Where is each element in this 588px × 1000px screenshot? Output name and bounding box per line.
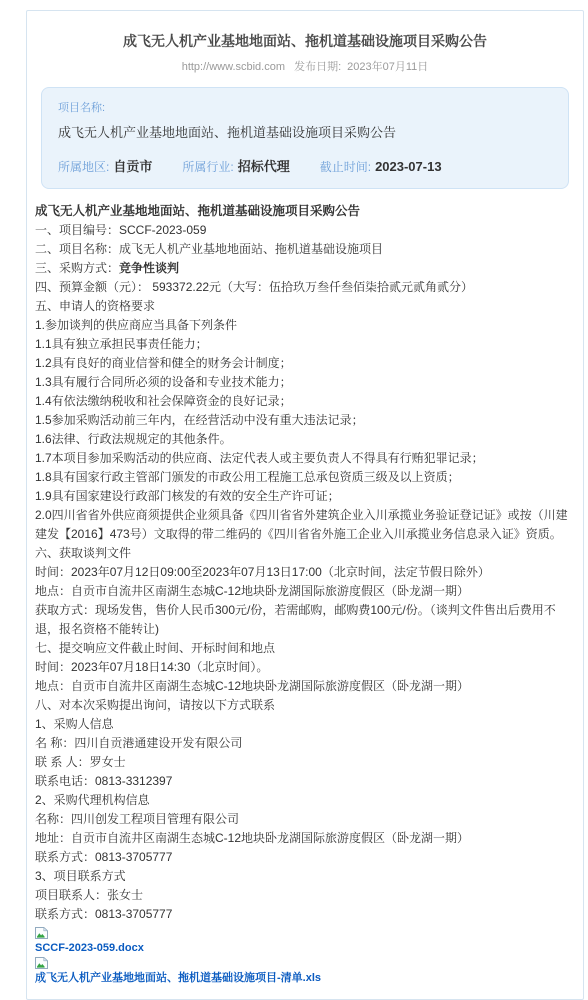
article-line: 1、采购人信息 bbox=[35, 715, 570, 734]
attachments: SCCF-2023-059.docx成飞无人机产业基地地面站、拖机道基础设施项目… bbox=[35, 927, 570, 955]
article-line: 地点：自贡市自流井区南湖生态城C-12地块卧龙湖国际旅游度假区（卧龙湖一期） bbox=[35, 677, 570, 696]
project-name-label: 项目名称: bbox=[58, 99, 552, 115]
article-line: 地点：自贡市自流井区南湖生态城C-12地块卧龙湖国际旅游度假区（卧龙湖一期） bbox=[35, 582, 570, 601]
article-line: 3、项目联系方式 bbox=[35, 867, 570, 886]
article-line: 名称：四川创发工程项目管理有限公司 bbox=[35, 810, 570, 829]
tag-deadline: 截止时间:2023-07-13 bbox=[320, 158, 442, 175]
attachment-link[interactable]: SCCF-2023-059.docx bbox=[35, 941, 144, 955]
tag-deadline-label: 截止时间: bbox=[320, 160, 371, 174]
article-line: 联系方式：0813-3705777 bbox=[35, 848, 570, 867]
header-meta: http://www.scbid.com 发布日期:2023年07月11日 bbox=[27, 58, 583, 74]
article: 成飞无人机产业基地地面站、拖机道基础设施项目采购公告 一、项目编号：SCCF-2… bbox=[35, 202, 570, 955]
article-line: 三、采购方式：竞争性谈判 bbox=[35, 259, 570, 278]
article-line: 四、预算金额（元）： 593372.22元（大写：伍拾玖万叁仟叁佰柒拾贰元贰角贰… bbox=[35, 278, 570, 297]
article-line: 地址：自贡市自流井区南湖生态城C-12地块卧龙湖国际旅游度假区（卧龙湖一期） bbox=[35, 829, 570, 848]
tag-industry-value: 招标代理 bbox=[238, 159, 290, 174]
project-info-box: 项目名称: 成飞无人机产业基地地面站、拖机道基础设施项目采购公告 所属地区:自贡… bbox=[41, 87, 569, 189]
tag-industry: 所属行业:招标代理 bbox=[182, 156, 289, 175]
article-line: 2.0四川省省外供应商须提供企业须具备《四川省省外建筑企业入川承揽业务验证登记证… bbox=[35, 506, 570, 544]
publish-date: 2023年07月11日 bbox=[347, 61, 428, 73]
article-line: 1.4有依法缴纳税收和社会保障资金的良好记录； bbox=[35, 392, 570, 411]
article-line: 1.3具有履行合同所必须的设备和专业技术能力； bbox=[35, 373, 570, 392]
page-title: 成飞无人机产业基地地面站、拖机道基础设施项目采购公告 bbox=[57, 32, 553, 50]
article-line: 1.9具有国家建设行政部门核发的有效的安全生产许可证； bbox=[35, 487, 570, 506]
article-line: 联系电话：0813-3312397 bbox=[35, 772, 570, 791]
attachment-item: SCCF-2023-059.docx bbox=[35, 927, 570, 955]
article-line: 七、提交响应文件截止时间、开标时间和地点 bbox=[35, 639, 570, 658]
tag-region-value: 自贡市 bbox=[113, 159, 152, 174]
article-line: 二、项目名称：成飞无人机产业基地地面站、拖机道基础设施项目 bbox=[35, 240, 570, 259]
article-line: 1.2具有良好的商业信誉和健全的财务会计制度； bbox=[35, 354, 570, 373]
article-line: 名 称：四川自贡港通建设开发有限公司 bbox=[35, 734, 570, 753]
publish-date-label: 发布日期: bbox=[294, 61, 341, 73]
tag-deadline-value: 2023-07-13 bbox=[375, 159, 442, 174]
article-line: 1.6法律、行政法规规定的其他条件。 bbox=[35, 430, 570, 449]
article-line: 1.7本项目参加采购活动的供应商、法定代表人或主要负责人不得具有行贿犯罪记录； bbox=[35, 449, 570, 468]
article-line: 项目联系人：张女士 bbox=[35, 886, 570, 905]
announcement-card: 成飞无人机产业基地地面站、拖机道基础设施项目采购公告 http://www.sc… bbox=[26, 10, 584, 955]
article-line: 六、获取谈判文件 bbox=[35, 544, 570, 563]
source-url: http://www.scbid.com bbox=[182, 61, 285, 73]
tag-region: 所属地区:自贡市 bbox=[58, 156, 152, 175]
article-line: 一、项目编号：SCCF-2023-059 bbox=[35, 221, 570, 240]
article-line: 获取方式：现场发售，售价人民币300元/份，若需邮购，邮购费100元/份。（谈判… bbox=[35, 601, 570, 639]
article-heading: 成飞无人机产业基地地面站、拖机道基础设施项目采购公告 bbox=[35, 202, 570, 221]
tag-industry-label: 所属行业: bbox=[182, 160, 233, 174]
article-line: 联 系 人：罗女士 bbox=[35, 753, 570, 772]
article-line: 联系方式：0813-3705777 bbox=[35, 905, 570, 924]
article-line: 八、对本次采购提出询问，请按以下方式联系 bbox=[35, 696, 570, 715]
tag-region-label: 所属地区: bbox=[58, 160, 109, 174]
article-line: 五、申请人的资格要求 bbox=[35, 297, 570, 316]
article-line: 1.参加谈判的供应商应当具备下列条件 bbox=[35, 316, 570, 335]
broken-image-icon bbox=[35, 927, 570, 940]
article-line: 2、采购代理机构信息 bbox=[35, 791, 570, 810]
article-line: 1.1具有独立承担民事责任能力； bbox=[35, 335, 570, 354]
article-body: 一、项目编号：SCCF-2023-059二、项目名称：成飞无人机产业基地地面站、… bbox=[35, 221, 570, 924]
article-line: 时间：2023年07月18日14:30（北京时间）。 bbox=[35, 658, 570, 677]
article-line: 时间：2023年07月12日09:00至2023年07月13日17:00（北京时… bbox=[35, 563, 570, 582]
article-line: 1.8具有国家行政主管部门颁发的市政公用工程施工总承包资质三级及以上资质； bbox=[35, 468, 570, 487]
article-line: 1.5参加采购活动前三年内，在经营活动中没有重大违法记录； bbox=[35, 411, 570, 430]
project-name-value: 成飞无人机产业基地地面站、拖机道基础设施项目采购公告 bbox=[58, 122, 552, 141]
tag-row: 所属地区:自贡市 所属行业:招标代理 截止时间:2023-07-13 bbox=[58, 156, 552, 175]
